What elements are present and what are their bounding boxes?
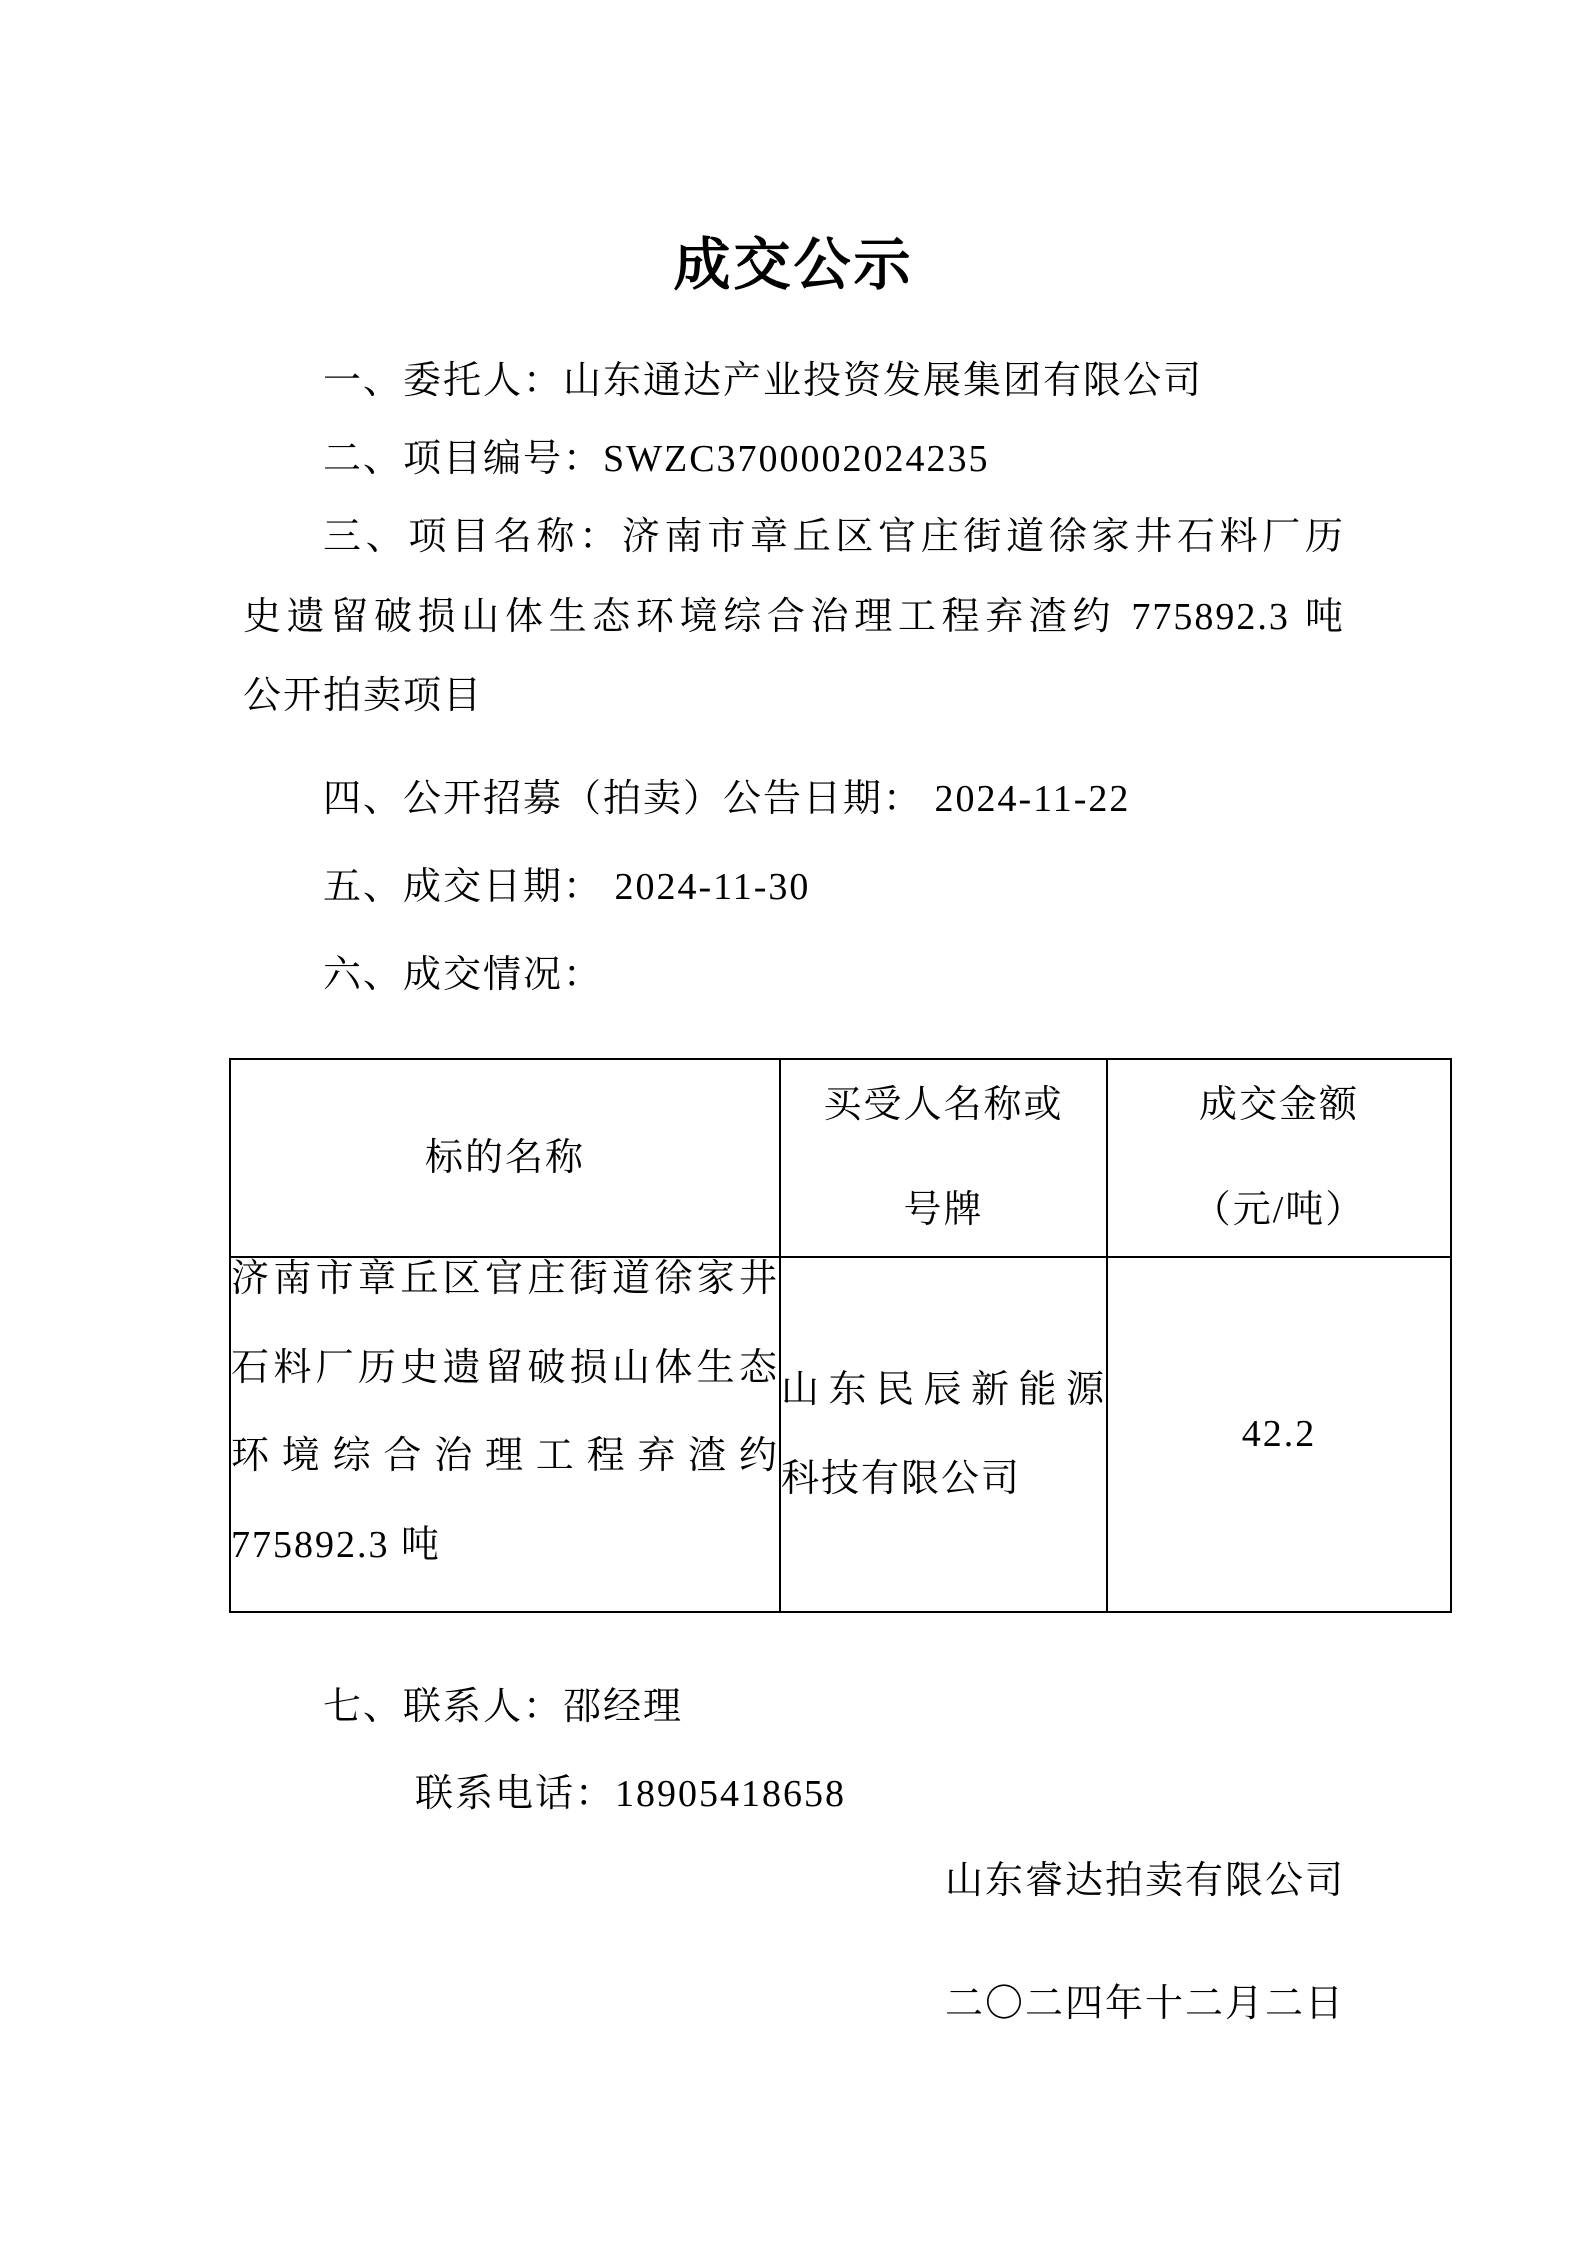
- table-row: 济南市章丘区官庄街道徐家井 石料厂历史遗留破损山体生态 环境综合治理工程弃渣约 …: [230, 1257, 1451, 1612]
- contact-phone: 联系电话：18905418658: [243, 1773, 1345, 1816]
- item-project-name-line-2: 史遗留破损山体生态环境综合治理工程弃渣约 775892.3 吨: [243, 596, 1345, 639]
- item-consignor: 一、委托人：山东通达产业投资发展集团有限公司: [243, 360, 1345, 403]
- signature-company: 山东睿达拍卖有限公司: [243, 1860, 1345, 1903]
- header-subject-name: 标的名称: [230, 1059, 780, 1257]
- item-project-number: 二、项目编号：SWZC3700002024235: [243, 438, 1345, 481]
- cell-subject-line-2: 石料厂历史遗留破损山体生态: [231, 1347, 779, 1390]
- page-title: 成交公示: [0, 234, 1587, 298]
- item-announcement-date: 四、公开招募（拍卖）公告日期： 2024-11-22: [243, 778, 1345, 821]
- cell-subject-line-4: 775892.3 吨: [231, 1524, 779, 1567]
- header-buyer: 买受人名称或 号牌: [780, 1059, 1107, 1257]
- item-project-name-line-1: 三、项目名称：济南市章丘区官庄街道徐家井石料厂历: [243, 516, 1345, 559]
- announcement-page: 成交公示 一、委托人：山东通达产业投资发展集团有限公司 二、项目编号：SWZC3…: [0, 0, 1587, 2245]
- header-subject-name-label: 标的名称: [231, 1137, 779, 1180]
- contact-person: 七、联系人：邵经理: [243, 1686, 1345, 1729]
- header-amount-label-line-1: 成交金额: [1108, 1084, 1450, 1127]
- cell-buyer: 山东民辰新能源 科技有限公司: [780, 1257, 1107, 1612]
- cell-amount: 42.2: [1107, 1257, 1451, 1612]
- cell-subject-line-1: 济南市章丘区官庄街道徐家井: [231, 1258, 779, 1301]
- deal-table: 标的名称 买受人名称或 号牌 成交金额 （元/吨） 济南市章丘区官庄街道徐家井 …: [229, 1058, 1452, 1613]
- item-deal-result-heading: 六、成交情况：: [243, 954, 1345, 997]
- cell-subject-name: 济南市章丘区官庄街道徐家井 石料厂历史遗留破损山体生态 环境综合治理工程弃渣约 …: [230, 1257, 780, 1612]
- header-buyer-label-line-2: 号牌: [781, 1189, 1106, 1232]
- header-amount-label-line-2: （元/吨）: [1108, 1189, 1450, 1232]
- table-header-row: 标的名称 买受人名称或 号牌 成交金额 （元/吨）: [230, 1059, 1451, 1257]
- header-buyer-label-line-1: 买受人名称或: [781, 1084, 1106, 1127]
- signature-date: 二〇二四年十二月二日: [243, 1983, 1345, 2026]
- cell-buyer-line-1: 山东民辰新能源: [781, 1369, 1106, 1412]
- cell-subject-line-3: 环境综合治理工程弃渣约: [231, 1435, 779, 1478]
- cell-buyer-line-2: 科技有限公司: [781, 1458, 1106, 1501]
- item-deal-date: 五、成交日期： 2024-11-30: [243, 866, 1345, 909]
- header-amount: 成交金额 （元/吨）: [1107, 1059, 1451, 1257]
- item-project-name-line-3: 公开拍卖项目: [243, 675, 1345, 718]
